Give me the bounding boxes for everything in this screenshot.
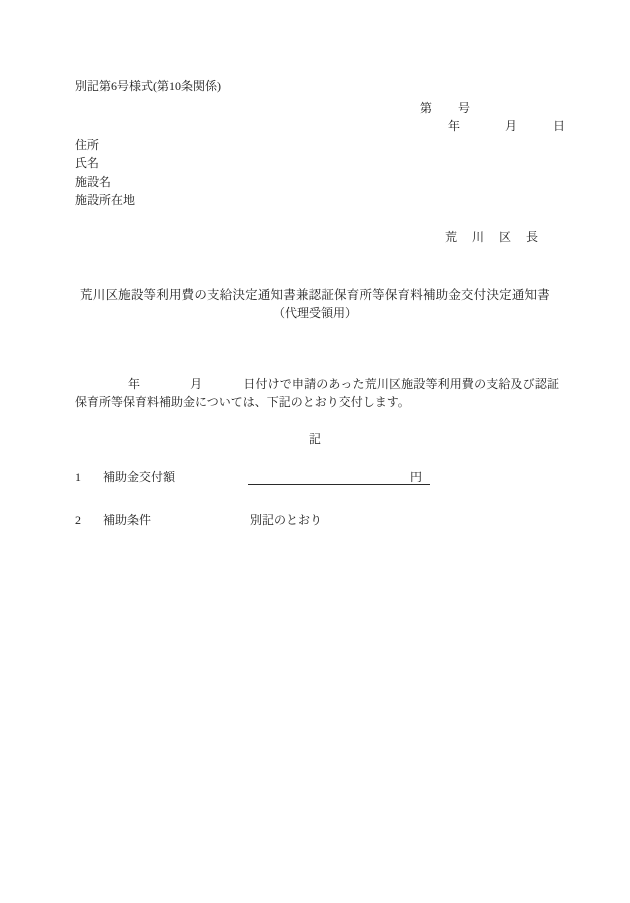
issuer-name: 荒 川 区 長 bbox=[445, 230, 540, 244]
issue-date-month-label: 月 bbox=[505, 119, 517, 133]
recipient-address-label: 住所 bbox=[75, 136, 135, 154]
item-subsidy-amount: 1補助金交付額円 bbox=[75, 470, 430, 485]
recipient-name-label: 氏名 bbox=[75, 154, 135, 172]
document-title: 荒川区施設等利用費の支給決定通知書兼認証保育所等保育料補助金交付決定通知書 bbox=[0, 288, 630, 303]
item-subsidy-conditions: 2補助条件別記のとおり bbox=[75, 513, 322, 527]
issue-date-line: 年月日 bbox=[448, 119, 565, 133]
item-1-label: 補助金交付額 bbox=[103, 470, 175, 484]
yen-unit-label: 円 bbox=[410, 470, 422, 484]
body-date-year-label: 年 bbox=[128, 377, 140, 391]
doc-number-prefix: 第 bbox=[420, 101, 432, 115]
recipient-facility-name-label: 施設名 bbox=[75, 173, 135, 191]
item-2-number: 2 bbox=[75, 513, 81, 527]
doc-number-line: 第号 bbox=[420, 101, 470, 115]
item-2-label: 補助条件 bbox=[103, 513, 151, 527]
record-marker: 記 bbox=[0, 432, 630, 446]
body-paragraph: 年月日付けで申請のあった荒川区施設等利用費の支給及び認証保育所等保育料補助金につ… bbox=[75, 375, 559, 411]
recipient-facility-address-label: 施設所在地 bbox=[75, 191, 135, 209]
item-2-value: 別記のとおり bbox=[250, 513, 322, 527]
issue-date-day-label: 日 bbox=[553, 119, 565, 133]
issue-date-year-label: 年 bbox=[448, 119, 460, 133]
form-designation-label: 別記第6号様式(第10条関係) bbox=[75, 79, 221, 93]
doc-number-suffix: 号 bbox=[458, 101, 470, 115]
document-subtitle: （代理受領用） bbox=[0, 306, 630, 320]
recipient-block: 住所 氏名 施設名 施設所在地 bbox=[75, 136, 135, 210]
document-page: 別記第6号様式(第10条関係) 第号 年月日 住所 氏名 施設名 施設所在地 荒… bbox=[0, 0, 630, 903]
body-main-text: 日付けで申請のあった荒川区施設等利用費の支給及び認証保育所等保育料補助金について… bbox=[75, 377, 559, 409]
subsidy-amount-blank-field: 円 bbox=[248, 470, 430, 485]
item-1-number: 1 bbox=[75, 470, 81, 484]
body-date-month-label: 月 bbox=[190, 377, 202, 391]
